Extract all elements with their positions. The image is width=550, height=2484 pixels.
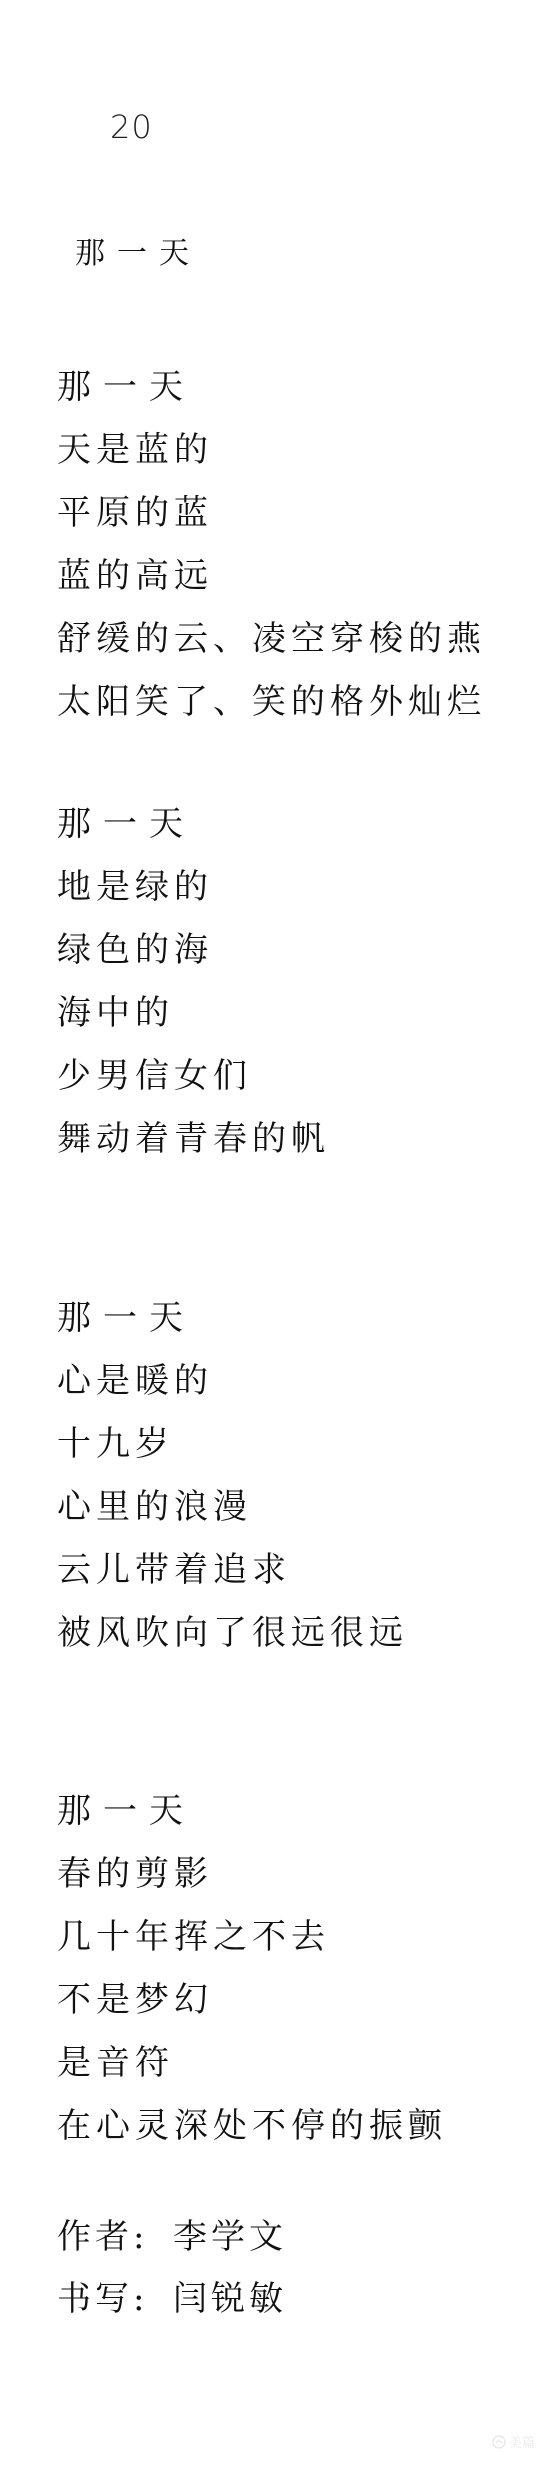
stanza-line: 绿色的海 xyxy=(57,919,537,982)
stanza-1: 那一天 天是蓝的 平原的蓝 蓝的高远 舒缓的云、凌空穿梭的燕 太阳笑了、笑的格外… xyxy=(57,356,537,734)
stanza-2: 那一天 地是绿的 绿色的海 海中的 少男信女们 舞动着青春的帆 xyxy=(57,793,537,1171)
stanza-line: 不是梦幻 xyxy=(57,1969,537,2032)
stanza-line: 春的剪影 xyxy=(57,1843,537,1906)
writer-label: 书写 xyxy=(57,2279,133,2319)
watermark: 美篇 xyxy=(492,2432,535,2451)
meipian-logo-icon xyxy=(492,2435,506,2449)
stanza-line: 是音符 xyxy=(57,2032,537,2095)
stanza-line: 十九岁 xyxy=(57,1413,537,1476)
stanza-line: 在心灵深处不停的振颤 xyxy=(57,2095,537,2158)
stanza-line: 心里的浪漫 xyxy=(57,1476,537,1539)
stanza-line: 被风吹向了很远很远 xyxy=(57,1602,537,1665)
stanza-line: 那一天 xyxy=(57,793,537,856)
stanza-line: 那一天 xyxy=(57,356,537,419)
writer-name: 闫锐敏 xyxy=(173,2279,287,2319)
stanza-line: 少男信女们 xyxy=(57,1045,537,1108)
stanza-4: 那一天 春的剪影 几十年挥之不去 不是梦幻 是音符 在心灵深处不停的振颤 xyxy=(57,1780,537,2158)
author-separator: : xyxy=(133,2206,173,2268)
stanza-line: 地是绿的 xyxy=(57,856,537,919)
stanza-line: 舒缓的云、凌空穿梭的燕 xyxy=(57,608,537,671)
stanza-line: 平原的蓝 xyxy=(57,482,537,545)
stanza-line: 那一天 xyxy=(57,1780,537,1843)
author-label: 作者 xyxy=(57,2217,133,2257)
stanza-line: 几十年挥之不去 xyxy=(57,1906,537,1969)
stanza-line: 天是蓝的 xyxy=(57,419,537,482)
credits: 作者:李学文 书写:闫锐敏 xyxy=(57,2206,287,2330)
writer-separator: : xyxy=(133,2268,173,2330)
stanza-line: 海中的 xyxy=(57,982,537,1045)
watermark-text: 美篇 xyxy=(509,2432,535,2451)
author-credit: 作者:李学文 xyxy=(57,2206,287,2268)
stanza-line: 那一天 xyxy=(57,1287,537,1350)
page-number: 20 xyxy=(110,108,153,146)
poem-title: 那一天 xyxy=(75,228,201,272)
stanza-line: 太阳笑了、笑的格外灿烂 xyxy=(57,671,537,734)
stanza-3: 那一天 心是暖的 十九岁 心里的浪漫 云儿带着追求 被风吹向了很远很远 xyxy=(57,1287,537,1665)
stanza-line: 蓝的高远 xyxy=(57,545,537,608)
stanza-line: 云儿带着追求 xyxy=(57,1539,537,1602)
stanza-line: 心是暖的 xyxy=(57,1350,537,1413)
author-name: 李学文 xyxy=(173,2217,287,2257)
stanza-line: 舞动着青春的帆 xyxy=(57,1108,537,1171)
writer-credit: 书写:闫锐敏 xyxy=(57,2268,287,2330)
